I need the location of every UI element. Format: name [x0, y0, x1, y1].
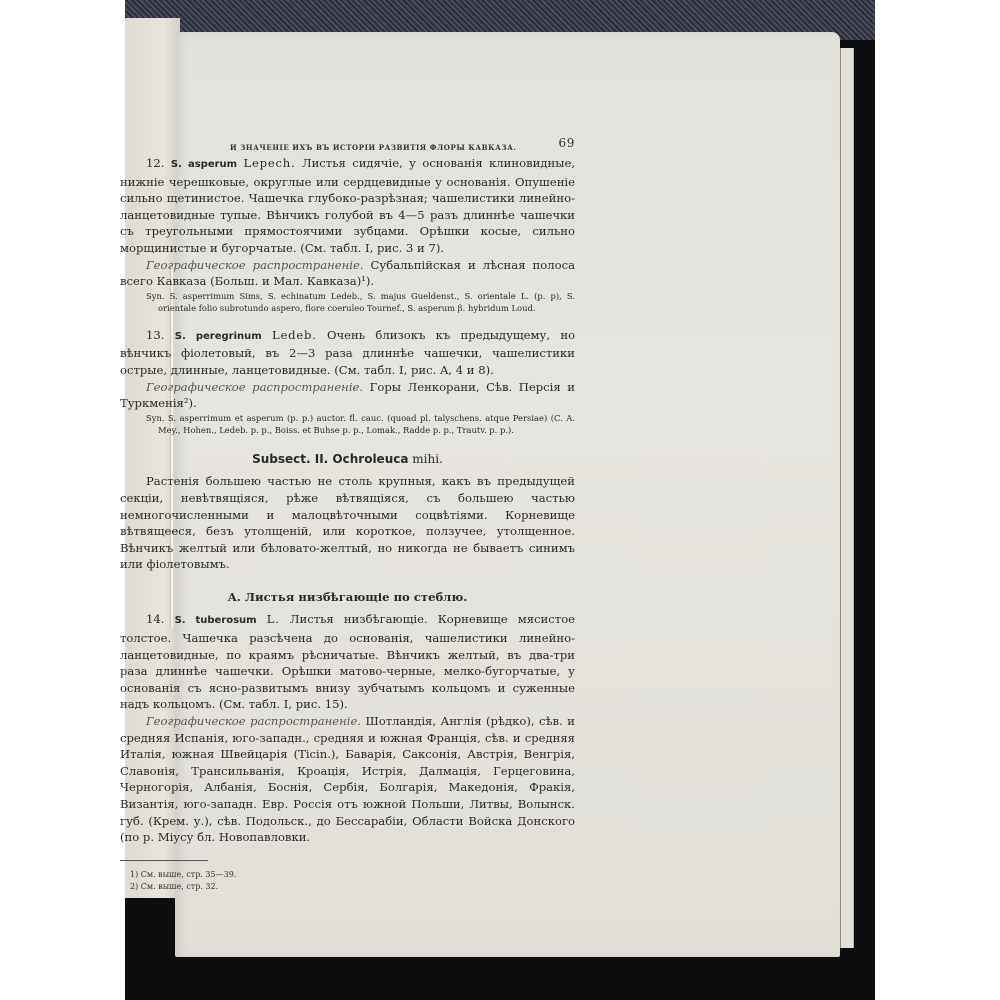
species-name: S. tuberosum [175, 615, 257, 626]
synonyms: Syn. S. asperrimum et asperum (p. p.) au… [146, 412, 575, 437]
page-number: 69 [559, 135, 575, 152]
species-name: S. peregrinum [175, 331, 262, 342]
group-heading: A. Листья низбѣгающіе по стеблю. [120, 589, 575, 606]
distribution: Географическое распространеніе. Шотланді… [120, 713, 575, 846]
subsection-heading: Subsect. II. Ochroleuca mihi. [120, 451, 575, 468]
running-head: И ЗНАЧЕНІЕ ИХЪ ВЪ ИСТОРІИ РАЗВИТІЯ ФЛОРЫ… [120, 133, 575, 155]
footnote-rule [120, 860, 208, 861]
entry-description: 12. S. asperum Lepech. Листья сидячіе, у… [120, 155, 575, 257]
species-name: S. asperum [171, 159, 237, 170]
entry-12: 12. S. asperum Lepech. Листья сидячіе, у… [120, 155, 575, 315]
page-content: И ЗНАЧЕНІЕ ИХЪ ВЪ ИСТОРІИ РАЗВИТІЯ ФЛОРЫ… [120, 133, 575, 893]
distribution: Географическое распространеніе. Субальпі… [120, 257, 575, 290]
entry-13: 13. S. peregrinum Ledeb. Очень близокъ к… [120, 327, 575, 437]
footnote-1: 1) См. выше, стр. 35—39. [130, 869, 575, 881]
synonyms: Syn. S. asperrimum Sims, S. echinatum Le… [146, 290, 575, 315]
subsection-description: Растенія большею частью не столь крупныя… [120, 473, 575, 573]
footnote-2: 2) См. выше, стр. 32. [130, 881, 575, 893]
page-stack-edge [840, 48, 854, 948]
species-author: Ledeb. [272, 328, 317, 342]
entry-14: 14. S. tuberosum L. Листья низбѣгающіе. … [120, 611, 575, 845]
entry-description: 14. S. tuberosum L. Листья низбѣгающіе. … [120, 611, 575, 713]
running-head-title: И ЗНАЧЕНІЕ ИХЪ ВЪ ИСТОРІИ РАЗВИТІЯ ФЛОРЫ… [230, 140, 516, 157]
species-author: Lepech. [243, 156, 295, 170]
species-author: L. [267, 612, 280, 626]
distribution: Географическое распространеніе. Горы Лен… [120, 379, 575, 412]
entry-description: 13. S. peregrinum Ledeb. Очень близокъ к… [120, 327, 575, 379]
